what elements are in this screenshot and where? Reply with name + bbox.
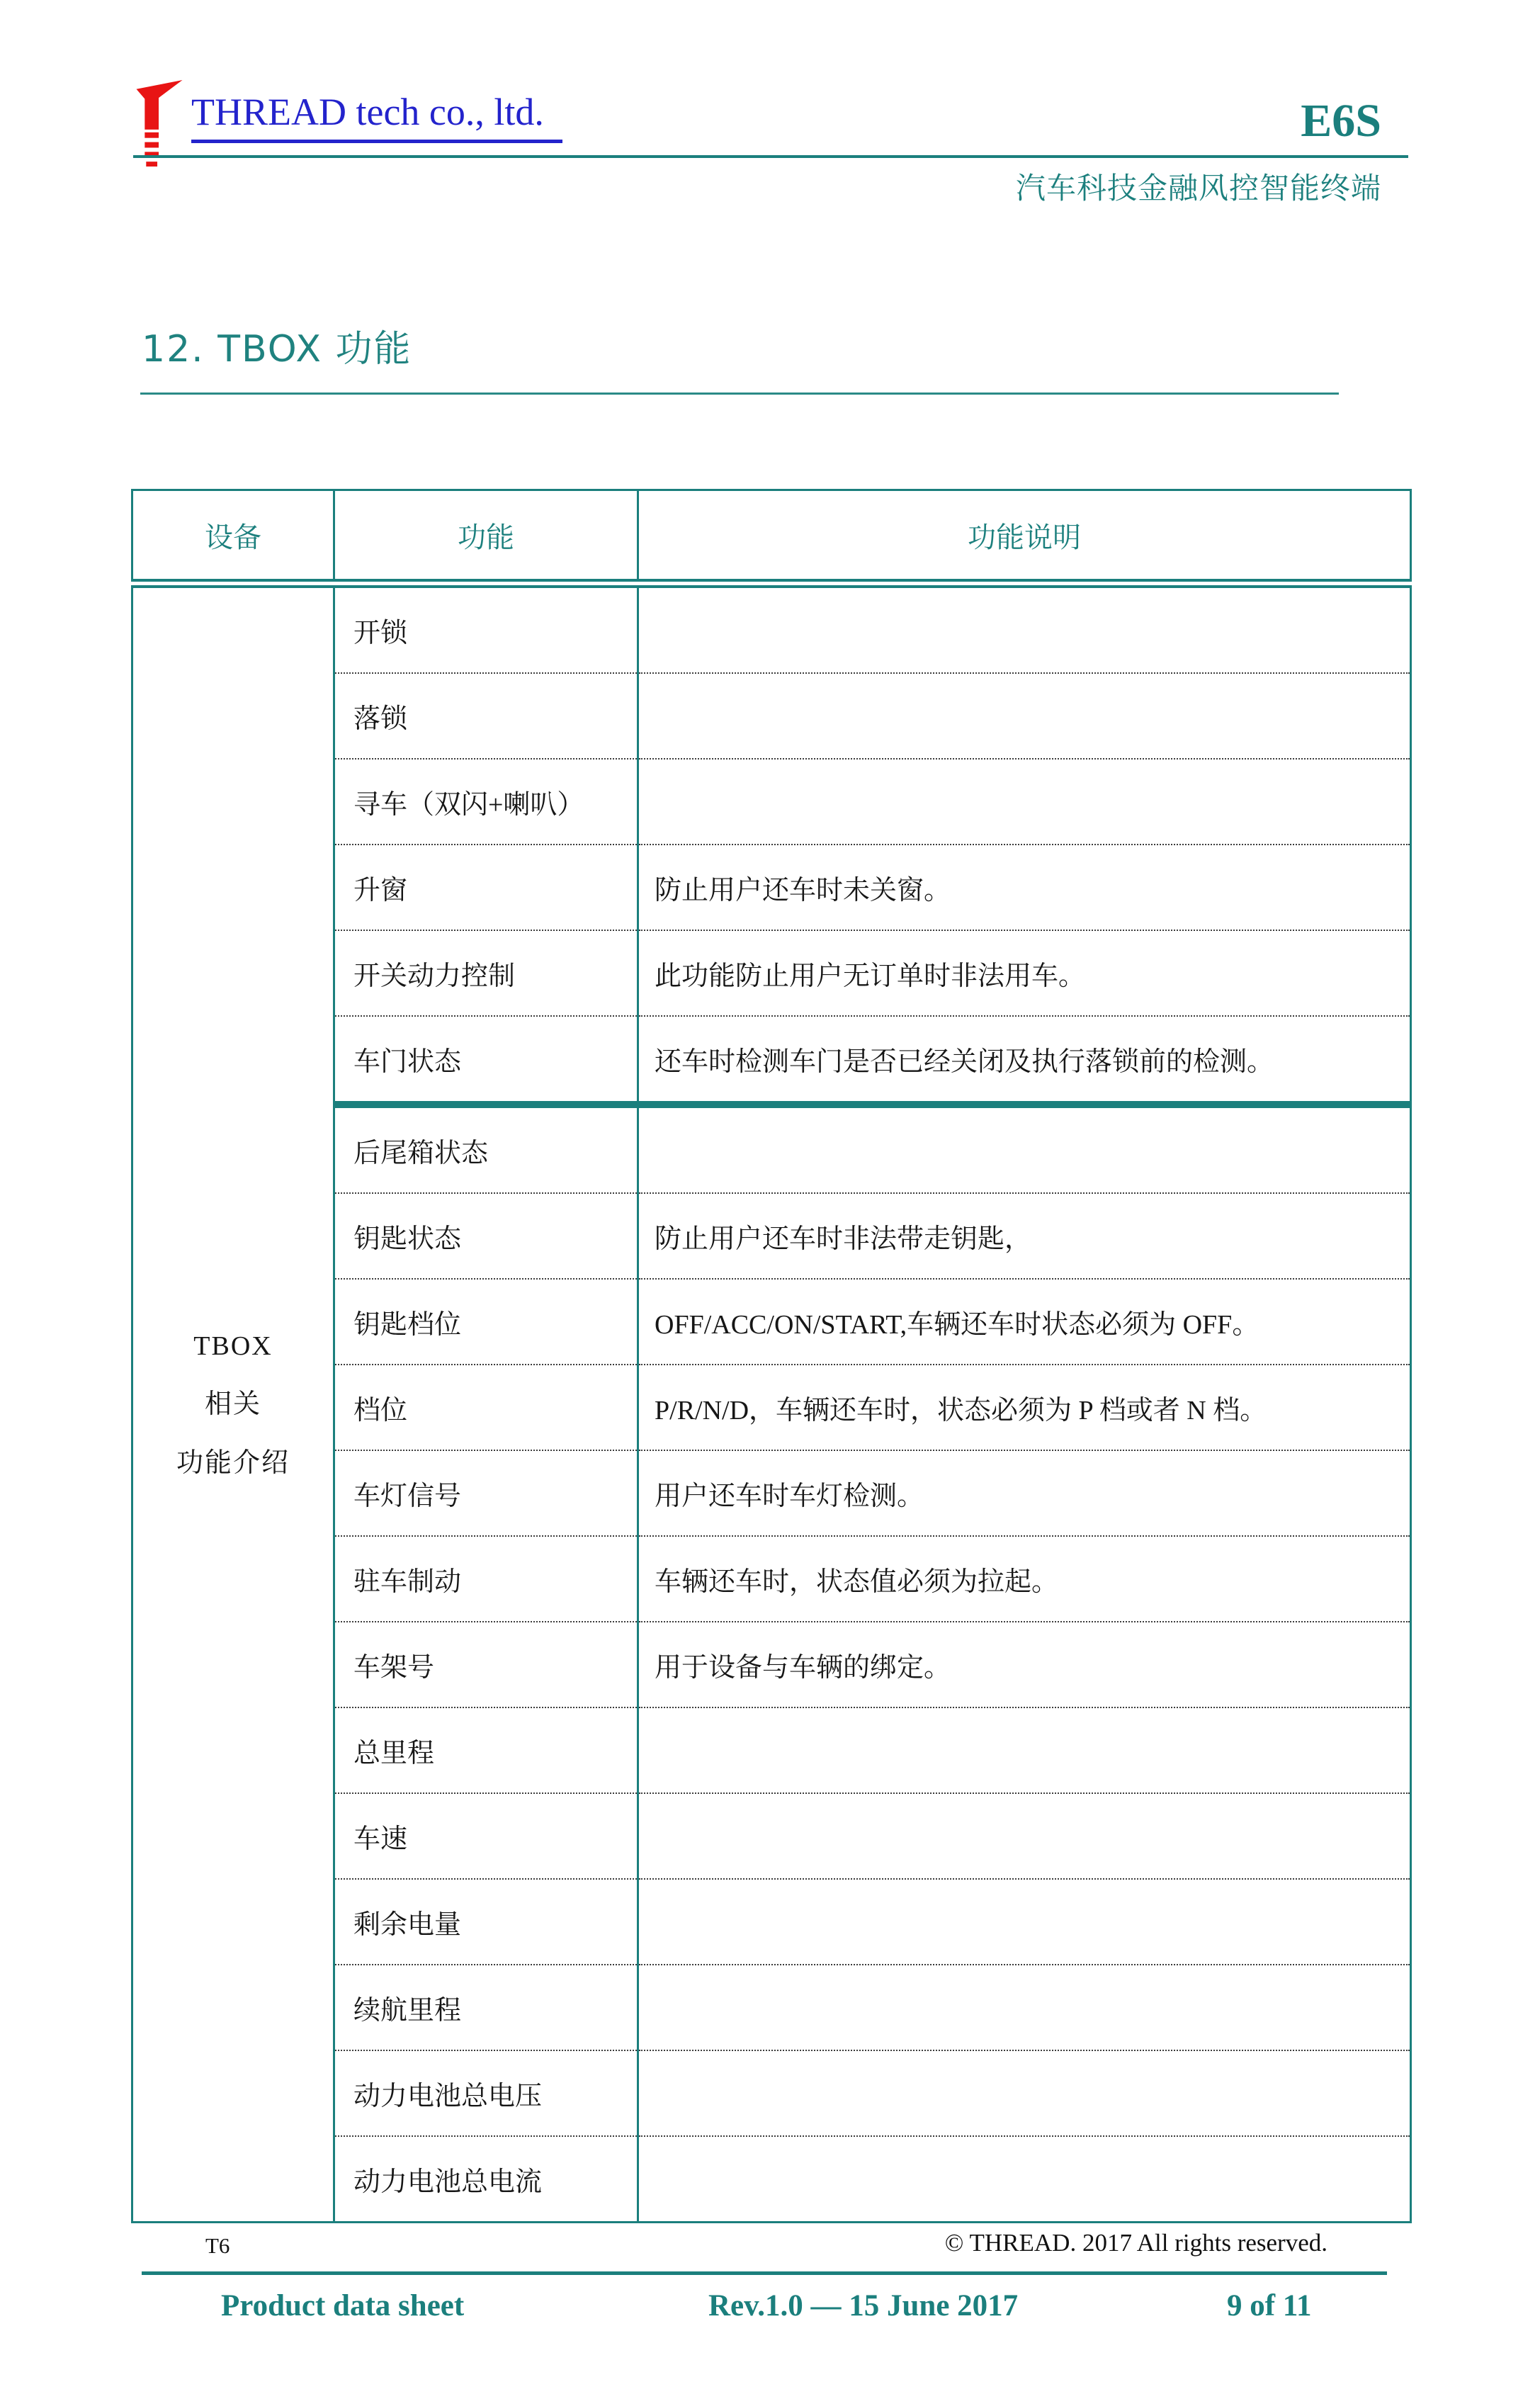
function-cell: 开关动力控制 <box>334 930 638 1016</box>
section-title-underline <box>140 393 1339 395</box>
description-cell: P/R/N/D，车辆还车时，状态必须为 P 档或者 N 档。 <box>638 1365 1411 1450</box>
description-cell <box>638 759 1411 845</box>
function-cell: 剩余电量 <box>334 1879 638 1965</box>
description-cell <box>638 2136 1411 2223</box>
description-cell: 还车时检测车门是否已经关闭及执行落锁前的检测。 <box>638 1016 1411 1105</box>
function-cell: 车速 <box>334 1793 638 1879</box>
device-merged-cell: TBOX相关功能介绍 <box>132 584 334 2223</box>
product-model: E6S <box>1301 98 1381 145</box>
tbox-function-table: 设备 功能 功能说明 TBOX相关功能介绍开锁落锁寻车（双闪+喇叭）升窗防止用户… <box>131 489 1412 2223</box>
description-cell: OFF/ACC/ON/START,车辆还车时状态必须为 OFF。 <box>638 1279 1411 1365</box>
description-cell: 车辆还车时，状态值必须为拉起。 <box>638 1536 1411 1622</box>
footer-divider <box>142 2271 1387 2275</box>
footer-revision: Rev.1.0 — 15 June 2017 <box>708 2288 1018 2323</box>
function-cell: 寻车（双闪+喇叭） <box>334 759 638 845</box>
description-cell: 用户还车时车灯检测。 <box>638 1450 1411 1536</box>
table-row: TBOX相关功能介绍开锁 <box>132 584 1411 674</box>
function-cell: 开锁 <box>334 584 638 674</box>
function-cell: 落锁 <box>334 673 638 759</box>
description-cell <box>638 1879 1411 1965</box>
footer-copyright: © THREAD. 2017 All rights reserved. <box>945 2229 1327 2257</box>
description-cell <box>638 673 1411 759</box>
description-cell <box>638 2050 1411 2136</box>
header-subtitle: 汽车科技金融风控智能终端 <box>1016 165 1381 208</box>
function-cell: 车门状态 <box>334 1016 638 1105</box>
description-cell: 用于设备与车辆的绑定。 <box>638 1622 1411 1707</box>
function-cell: 驻车制动 <box>334 1536 638 1622</box>
footer-page-number: 9 of 11 <box>1227 2288 1311 2323</box>
function-cell: 动力电池总电压 <box>334 2050 638 2136</box>
table-header-row: 设备 功能 功能说明 <box>132 490 1411 584</box>
description-cell: 此功能防止用户无订单时非法用车。 <box>638 930 1411 1016</box>
description-cell <box>638 1793 1411 1879</box>
function-cell: 档位 <box>334 1365 638 1450</box>
device-label-line: 功能介绍 <box>134 1440 332 1479</box>
description-cell <box>638 1965 1411 2050</box>
company-name-link[interactable]: THREAD tech co., ltd. <box>191 89 562 143</box>
footer-doc-title: Product data sheet <box>221 2288 464 2323</box>
function-cell: 车灯信号 <box>334 1450 638 1536</box>
col-header-function: 功能 <box>334 490 638 584</box>
header-divider <box>133 155 1408 158</box>
device-label-line: TBOX <box>134 1331 332 1362</box>
description-cell <box>638 1707 1411 1793</box>
footer-doc-code: T6 <box>205 2233 230 2259</box>
description-cell: 防止用户还车时未关窗。 <box>638 845 1411 930</box>
function-cell: 续航里程 <box>334 1965 638 2050</box>
description-cell <box>638 584 1411 674</box>
function-cell: 升窗 <box>334 845 638 930</box>
function-cell: 总里程 <box>334 1707 638 1793</box>
function-cell: 动力电池总电流 <box>334 2136 638 2223</box>
function-cell: 车架号 <box>334 1622 638 1707</box>
col-header-description: 功能说明 <box>638 490 1411 584</box>
description-cell: 防止用户还车时非法带走钥匙， <box>638 1193 1411 1279</box>
device-label-line: 相关 <box>134 1382 332 1421</box>
description-cell <box>638 1105 1411 1193</box>
function-cell: 后尾箱状态 <box>334 1105 638 1193</box>
function-cell: 钥匙状态 <box>334 1193 638 1279</box>
section-title: 12. TBOX 功能 <box>142 319 412 372</box>
document-page: THREAD tech co., ltd. E6S 汽车科技金融风控智能终端 1… <box>0 0 1540 2394</box>
function-cell: 钥匙档位 <box>334 1279 638 1365</box>
col-header-device: 设备 <box>132 490 334 584</box>
